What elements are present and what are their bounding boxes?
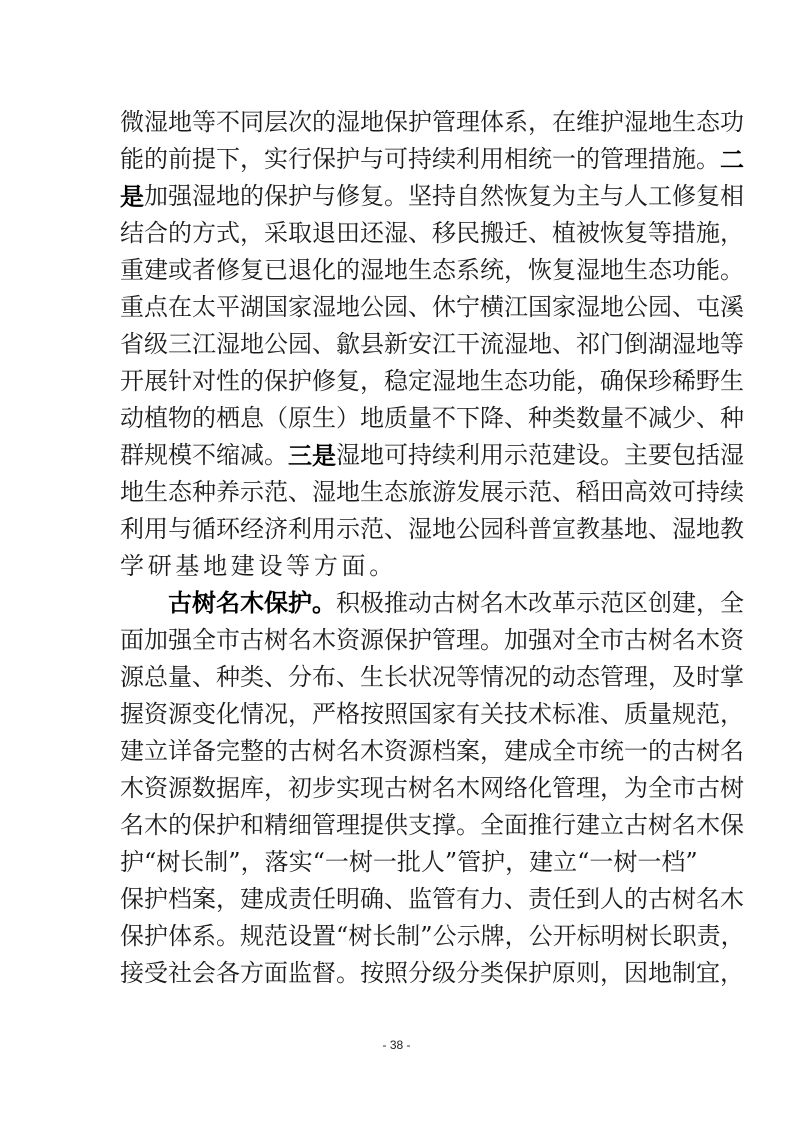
char: 对 <box>192 363 216 400</box>
char: 一 <box>373 844 397 881</box>
char: 安 <box>408 326 432 363</box>
char: 行 <box>552 807 576 844</box>
char: 。 <box>264 437 288 474</box>
char: 数 <box>576 400 600 437</box>
char: 强 <box>528 622 552 659</box>
char: 园 <box>480 511 504 548</box>
char: 复 <box>696 178 720 215</box>
char: 量 <box>648 696 672 733</box>
char: 树 <box>625 918 649 955</box>
char: ， <box>576 363 600 400</box>
char: 流 <box>480 326 504 363</box>
char: 济 <box>264 511 288 548</box>
char: 有 <box>456 696 480 733</box>
char: 原 <box>288 400 312 437</box>
char: 名 <box>672 807 696 844</box>
char: 立 <box>144 733 168 770</box>
char: 普 <box>528 511 552 548</box>
char: 撑 <box>432 807 456 844</box>
char: 在 <box>168 289 192 326</box>
char: 的 <box>336 252 360 289</box>
char: 公 <box>360 289 384 326</box>
char: 倒 <box>624 326 648 363</box>
char: 湿 <box>312 289 336 326</box>
char: 档 <box>432 733 456 770</box>
char: 态 <box>384 474 408 511</box>
char: 任 <box>552 881 576 918</box>
char: 整 <box>240 733 264 770</box>
char: 确 <box>360 881 384 918</box>
char: 稀 <box>672 363 696 400</box>
char: 树 <box>349 844 373 881</box>
char: 一 <box>325 844 349 881</box>
char: 护 <box>288 178 312 215</box>
char: 湿 <box>144 104 168 141</box>
char: 各 <box>216 955 240 992</box>
char: 树 <box>648 807 672 844</box>
char: 详 <box>168 733 192 770</box>
char: 案 <box>456 733 480 770</box>
char: 建 <box>529 844 553 881</box>
char: 态 <box>576 659 600 696</box>
char: 人 <box>624 178 648 215</box>
char: ， <box>505 844 529 881</box>
char: 利 <box>456 437 480 474</box>
char: 一 <box>552 141 576 178</box>
section-heading-char: 。 <box>312 585 336 622</box>
char: 技 <box>504 696 528 733</box>
char: 统 <box>480 252 504 289</box>
char: 古 <box>624 807 648 844</box>
char: 稳 <box>384 363 408 400</box>
char: 分 <box>408 955 432 992</box>
char: 积 <box>336 585 360 622</box>
char: 新 <box>384 326 408 363</box>
char: 要 <box>648 437 672 474</box>
char: 的 <box>168 807 192 844</box>
char: 、 <box>696 400 720 437</box>
char: 江 <box>504 289 528 326</box>
char: 护 <box>600 104 624 141</box>
char: 退 <box>288 252 312 289</box>
char: 。 <box>369 548 393 585</box>
char: 示 <box>504 437 528 474</box>
char: 木 <box>720 881 744 918</box>
char: 湖 <box>648 326 672 363</box>
char: 持 <box>408 437 432 474</box>
char: 牌 <box>481 918 505 955</box>
char: 管 <box>552 770 576 807</box>
char: 地 <box>600 289 624 326</box>
char: 群 <box>120 437 144 474</box>
paragraph: 微湿地等不同层次的湿地保护管理体系，在维护湿地生态功能的前提下，实行保护与可持续… <box>120 104 676 585</box>
char: 学 <box>120 548 144 585</box>
char: 管 <box>432 104 456 141</box>
char: 按 <box>360 696 384 733</box>
char: 动 <box>120 400 144 437</box>
char: 护 <box>408 622 432 659</box>
char: 宁 <box>456 289 480 326</box>
char: 地 <box>624 511 648 548</box>
char: 态 <box>168 474 192 511</box>
char: 祁 <box>576 326 600 363</box>
char: 相 <box>504 141 528 178</box>
char: 科 <box>504 511 528 548</box>
char: 地 <box>432 511 456 548</box>
char: 措 <box>648 141 672 178</box>
text-line: 保护档案，建成责任明确、监管有力、责任到人的古树名木 <box>120 881 676 918</box>
char: 续 <box>432 141 456 178</box>
char: 制 <box>204 844 228 881</box>
char: 树 <box>648 622 672 659</box>
char: 地 <box>360 400 384 437</box>
char: 。 <box>336 955 360 992</box>
char: 类 <box>480 955 504 992</box>
char: 、 <box>408 289 432 326</box>
char: 复 <box>552 252 576 289</box>
char: 资 <box>336 622 360 659</box>
char: 护 <box>216 807 240 844</box>
char: 长 <box>384 659 408 696</box>
char: 开 <box>120 363 144 400</box>
char: 示 <box>504 474 528 511</box>
char: 能 <box>120 141 144 178</box>
char: 现 <box>360 770 384 807</box>
char: 次 <box>288 104 312 141</box>
char: 保 <box>384 104 408 141</box>
char: ， <box>240 215 264 252</box>
char: 的 <box>648 733 672 770</box>
char: ” <box>420 918 432 955</box>
char: 复 <box>336 363 360 400</box>
char: 案 <box>192 881 216 918</box>
text-line: 源总量、种类、分布、生长状况等情况的动态管理，及时掌 <box>120 659 676 696</box>
char: 步 <box>312 770 336 807</box>
char: 等 <box>648 215 672 252</box>
char: ” <box>445 844 457 881</box>
char: 方 <box>192 215 216 252</box>
char: 监 <box>288 955 312 992</box>
char: 树 <box>348 918 372 955</box>
char: 干 <box>456 326 480 363</box>
char: 提 <box>192 141 216 178</box>
char: 施 <box>696 215 720 252</box>
section-heading-char: 护 <box>288 585 312 622</box>
text-line: 动植物的栖息（原生）地质量不下降、种类数量不减少、种 <box>120 400 676 437</box>
char: 示 <box>576 585 600 622</box>
char: 地 <box>336 474 360 511</box>
char: 古 <box>240 622 264 659</box>
char: 古 <box>672 733 696 770</box>
char: 实 <box>289 844 313 881</box>
char: 备 <box>192 733 216 770</box>
char: 会 <box>192 955 216 992</box>
char: 资 <box>144 770 168 807</box>
char: 区 <box>624 585 648 622</box>
char: 湿 <box>336 437 360 474</box>
char: ， <box>264 770 288 807</box>
char: 成 <box>528 733 552 770</box>
char: 湿 <box>360 252 384 289</box>
char: 种 <box>192 474 216 511</box>
char: 态 <box>432 252 456 289</box>
char: 地 <box>360 437 384 474</box>
char: 公 <box>456 511 480 548</box>
char: 、 <box>552 326 576 363</box>
char: 主 <box>624 437 648 474</box>
char: 接 <box>120 955 144 992</box>
char: 种 <box>720 400 744 437</box>
char: 建 <box>672 585 696 622</box>
char: 细 <box>288 807 312 844</box>
char: 地 <box>203 548 227 585</box>
char: （ <box>264 400 288 437</box>
char: 供 <box>384 807 408 844</box>
char: 资 <box>720 622 744 659</box>
char: 者 <box>192 252 216 289</box>
char: 掌 <box>720 659 744 696</box>
char: 还 <box>360 215 384 252</box>
char: 与 <box>360 141 384 178</box>
text-line: 开展针对性的保护修复，稳定湿地生态功能，确保珍稀野生 <box>120 363 676 400</box>
char: 取 <box>288 215 312 252</box>
char: 地 <box>216 178 240 215</box>
char: 施 <box>672 141 696 178</box>
char: ， <box>480 733 504 770</box>
text-line: 学研基地建设等方面。 <box>120 548 676 585</box>
char: 照 <box>384 955 408 992</box>
char: 续 <box>432 437 456 474</box>
char: 。 <box>384 178 408 215</box>
char: 市 <box>576 733 600 770</box>
char: 全 <box>552 733 576 770</box>
char: 名 <box>696 881 720 918</box>
char: 、 <box>528 215 552 252</box>
char: 公 <box>529 918 553 955</box>
char: 点 <box>144 289 168 326</box>
char: 经 <box>240 511 264 548</box>
char: 、 <box>288 474 312 511</box>
char: 的 <box>528 659 552 696</box>
char: 态 <box>696 104 720 141</box>
char: 护 <box>120 844 144 881</box>
char: 护 <box>528 955 552 992</box>
char: 等 <box>720 326 744 363</box>
char: 明 <box>336 881 360 918</box>
char: 市 <box>672 770 696 807</box>
text-line: 面加强全市古树名木资源保护管理。加强对全市古树名木资 <box>120 622 676 659</box>
char: 级 <box>432 955 456 992</box>
char: 的 <box>624 881 648 918</box>
text-line: 是加强湿地的保护与修复。坚持自然恢复为主与人工修复相 <box>120 178 676 215</box>
char: 木 <box>696 807 720 844</box>
char: 或 <box>168 252 192 289</box>
char: 、 <box>384 511 408 548</box>
char: 等 <box>286 548 310 585</box>
char: 状 <box>408 659 432 696</box>
char: ， <box>720 696 744 733</box>
char: 况 <box>264 696 288 733</box>
char: 地 <box>336 289 360 326</box>
char: 木 <box>120 770 144 807</box>
char: 建 <box>552 437 576 474</box>
char: 家 <box>288 289 312 326</box>
char: 极 <box>360 585 384 622</box>
char: 修 <box>312 363 336 400</box>
char: 可 <box>672 474 696 511</box>
char: 、 <box>312 326 336 363</box>
char: ， <box>721 918 745 955</box>
char: 重 <box>120 252 144 289</box>
char: 加 <box>504 622 528 659</box>
char: 为 <box>552 178 576 215</box>
char: 地 <box>648 955 672 992</box>
char: 结 <box>120 215 144 252</box>
char: 湿 <box>672 326 696 363</box>
char: 人 <box>600 881 624 918</box>
char: 规 <box>240 918 264 955</box>
char: 态 <box>648 252 672 289</box>
text-line: 重点在太平湖国家湿地公园、休宁横江国家湿地公园、屯溪 <box>120 289 676 326</box>
char: 降 <box>480 400 504 437</box>
char: 建 <box>231 548 255 585</box>
char: 一 <box>589 844 613 881</box>
char: 被 <box>576 215 600 252</box>
char: 管 <box>600 659 624 696</box>
char: 全 <box>480 807 504 844</box>
char: 、 <box>600 696 624 733</box>
char: 湿 <box>504 326 528 363</box>
char: 与 <box>600 178 624 215</box>
char: 缩 <box>216 437 240 474</box>
char: 护 <box>144 881 168 918</box>
char: 公 <box>264 326 288 363</box>
char: 等 <box>456 659 480 696</box>
char: 树 <box>264 622 288 659</box>
char: 明 <box>601 918 625 955</box>
text-line: 护“树长制”，落实“一树一批人”管护，建立“一树一档” <box>120 844 676 881</box>
char: 握 <box>120 696 144 733</box>
char: 环 <box>216 511 240 548</box>
char: “ <box>336 918 348 955</box>
char: 范 <box>696 696 720 733</box>
char: 立 <box>600 807 624 844</box>
char: 源 <box>168 770 192 807</box>
char: 。 <box>600 437 624 474</box>
text-line: 省级三江湿地公园、歙县新安江干流湿地、祁门倒湖湿地等 <box>120 326 676 363</box>
char: 门 <box>600 326 624 363</box>
char: 基 <box>600 511 624 548</box>
char: 行 <box>288 141 312 178</box>
char: 相 <box>720 178 744 215</box>
char: 创 <box>648 585 672 622</box>
page-number: - 38 - <box>0 1038 793 1052</box>
char: 规 <box>144 437 168 474</box>
char: 类 <box>552 400 576 437</box>
char: 湿 <box>336 104 360 141</box>
char: 溪 <box>720 289 744 326</box>
char: 古 <box>432 585 456 622</box>
char: ， <box>360 363 384 400</box>
char: 田 <box>336 215 360 252</box>
char: 在 <box>552 104 576 141</box>
char: 微 <box>120 104 144 141</box>
char: 用 <box>480 141 504 178</box>
text-line: 利用与循环经济利用示范、湿地公园科普宣教基地、湿地教 <box>120 511 676 548</box>
text-line: 微湿地等不同层次的湿地保护管理体系，在维护湿地生态功 <box>120 104 676 141</box>
char: 地 <box>384 252 408 289</box>
char: 源 <box>120 659 144 696</box>
char: 生 <box>720 363 744 400</box>
char: 措 <box>672 215 696 252</box>
char: 恢 <box>528 252 552 289</box>
char: 用 <box>480 437 504 474</box>
char: 理 <box>624 141 648 178</box>
char: 主 <box>576 178 600 215</box>
char: 全 <box>576 622 600 659</box>
char: 生 <box>312 400 336 437</box>
char: 时 <box>696 659 720 696</box>
char <box>144 585 168 622</box>
char: 公 <box>433 918 457 955</box>
char: 持 <box>432 178 456 215</box>
section-heading-char: 名 <box>216 585 240 622</box>
char: 建 <box>576 807 600 844</box>
char: 加 <box>144 622 168 659</box>
char: 况 <box>432 659 456 696</box>
char: 公 <box>624 289 648 326</box>
char: 的 <box>192 400 216 437</box>
char: 级 <box>144 326 168 363</box>
char: 示 <box>457 918 481 955</box>
document-page: 微湿地等不同层次的湿地保护管理体系，在维护湿地生态功能的前提下，实行保护与可持续… <box>0 0 793 1122</box>
char: ， <box>600 955 624 992</box>
char: 层 <box>264 104 288 141</box>
char: 江 <box>432 326 456 363</box>
char: 因 <box>624 955 648 992</box>
char: 歙 <box>336 326 360 363</box>
char: 市 <box>600 622 624 659</box>
char: 能 <box>696 252 720 289</box>
char: 名 <box>672 622 696 659</box>
char: 护 <box>144 918 168 955</box>
char: 总 <box>144 659 168 696</box>
char: 湿 <box>624 104 648 141</box>
char: 护 <box>336 141 360 178</box>
char: 保 <box>504 955 528 992</box>
char: 按 <box>360 955 384 992</box>
char: 稻 <box>576 474 600 511</box>
char: 示 <box>240 474 264 511</box>
char: 功 <box>720 104 744 141</box>
char: 树 <box>312 733 336 770</box>
char: 统 <box>528 141 552 178</box>
char: 生 <box>408 252 432 289</box>
char: ， <box>240 141 264 178</box>
char: 术 <box>528 696 552 733</box>
char: 、 <box>264 659 288 696</box>
char: 管 <box>457 844 481 881</box>
char: 保 <box>312 141 336 178</box>
text-line: 木资源数据库，初步实现古树名木网络化管理，为全市古树 <box>120 770 676 807</box>
char: ， <box>648 659 672 696</box>
char: 平 <box>216 289 240 326</box>
char: ， <box>720 955 744 992</box>
char: 养 <box>216 474 240 511</box>
char: 移 <box>432 215 456 252</box>
char: 物 <box>168 400 192 437</box>
char: 动 <box>552 659 576 696</box>
